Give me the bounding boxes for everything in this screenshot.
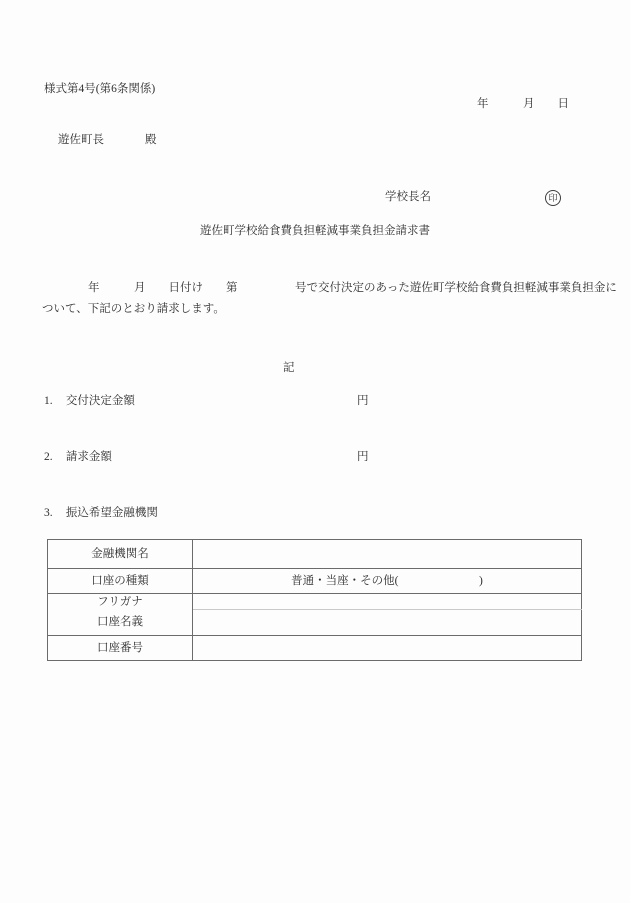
item-label: 請求金額	[66, 451, 112, 463]
account-holder-label: 口座名義	[48, 610, 192, 635]
row-label-financial-institution: 金融機関名	[48, 540, 193, 569]
row-label-account-number: 口座番号	[48, 636, 193, 661]
bank-account-table: 金融機関名 口座の種類 普通・当座・その他( ) フリガナ 口座名義 口座番号	[47, 539, 582, 661]
item-claim-amount: 2. 請求金額 円	[44, 450, 584, 464]
item-number: 1.	[44, 394, 55, 408]
table-row-financial-institution: 金融機関名	[48, 540, 582, 569]
seal-text: 印	[548, 194, 557, 203]
table-row-account-number: 口座番号	[48, 636, 582, 661]
yen-unit-label: 円	[357, 450, 369, 464]
row-label-account-holder: フリガナ 口座名義	[48, 594, 193, 636]
document-title: 遊佐町学校給食費負担軽減事業負担金請求書	[0, 224, 630, 238]
table-row-account-type: 口座の種類 普通・当座・その他( )	[48, 569, 582, 594]
yen-unit-label: 円	[357, 394, 369, 408]
item-label: 振込希望金融機関	[66, 507, 158, 519]
table-row-furigana: フリガナ 口座名義	[48, 594, 582, 610]
honorific: 殿	[145, 134, 157, 146]
addressee-line: 遊佐町長殿	[58, 133, 157, 147]
document-page: 様式第4号(第6条関係) 年 月 日 遊佐町長殿 学校長名 印 遊佐町学校給食費…	[0, 0, 630, 903]
date-line: 年 月 日	[477, 97, 569, 111]
item-bank-transfer: 3. 振込希望金融機関	[44, 506, 584, 520]
item-number: 3.	[44, 506, 55, 520]
furigana-label: フリガナ	[48, 594, 192, 610]
row-value-account-type: 普通・当座・その他( )	[193, 569, 582, 594]
seal-mark-icon: 印	[545, 190, 561, 206]
item-grant-decision-amount: 1. 交付決定金額 円	[44, 394, 584, 408]
item-number: 2.	[44, 450, 55, 464]
row-value-furigana	[193, 594, 582, 610]
form-number: 様式第4号(第6条関係)	[44, 82, 155, 96]
addressee: 遊佐町長	[58, 134, 104, 146]
signer-label: 学校長名	[385, 190, 431, 204]
body-line-1: 年 月 日付け 第 号で交付決定のあった遊佐町学校給食費負担軽減事業負担金に	[42, 282, 617, 294]
item-label: 交付決定金額	[66, 395, 135, 407]
body-line-2: ついて、下記のとおり請求します。	[42, 303, 225, 315]
row-value-account-number	[193, 636, 582, 661]
row-value-account-holder	[193, 610, 582, 636]
body-paragraph: 年 月 日付け 第 号で交付決定のあった遊佐町学校給食費負担軽減事業負担金に つ…	[42, 278, 617, 320]
section-heading-ki: 記	[283, 361, 295, 375]
row-value-financial-institution	[193, 540, 582, 569]
row-label-account-type: 口座の種類	[48, 569, 193, 594]
